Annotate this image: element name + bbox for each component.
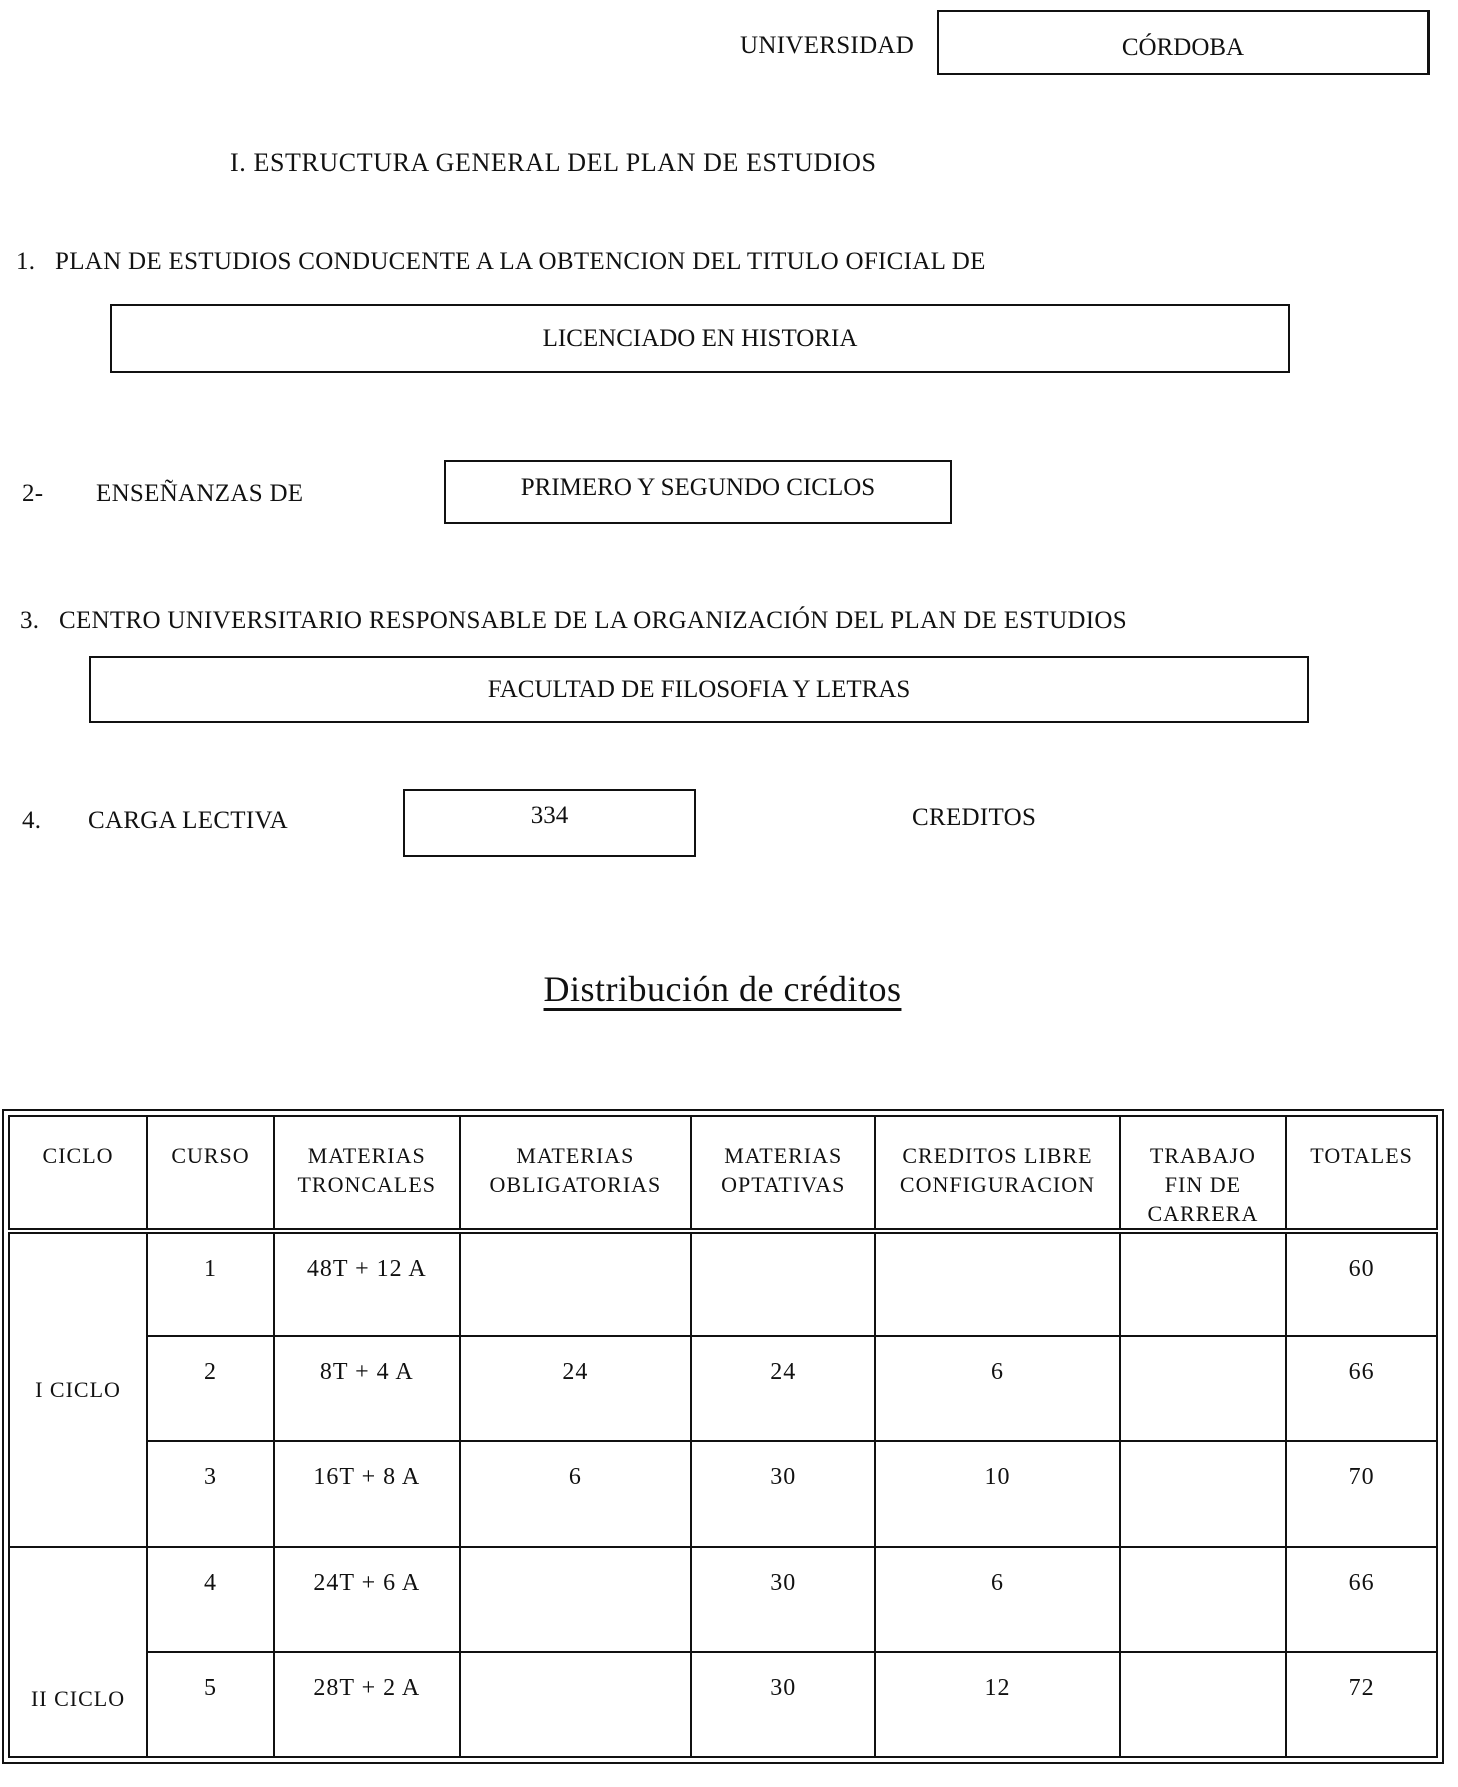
obligatorias-cell [460, 1547, 692, 1652]
troncales-cell: 8T + 4 A [274, 1336, 460, 1441]
troncales-cell: 16T + 8 A [274, 1441, 460, 1546]
troncales-cell: 24T + 6 A [274, 1547, 460, 1652]
totales-cell: 66 [1286, 1547, 1437, 1652]
plan-label: 1. PLAN DE ESTUDIOS CONDUCENTE A LA OBTE… [16, 248, 986, 276]
creditos-unit: CREDITOS [912, 804, 1036, 832]
distribution-title-text: Distribución de créditos [544, 969, 902, 1009]
column-header: MATERIASTRONCALES [274, 1116, 460, 1231]
trabajo-cell [1120, 1336, 1287, 1441]
totales-cell: 72 [1286, 1652, 1437, 1757]
obligatorias-cell: 24 [460, 1336, 692, 1441]
table-row: I CICLO148T + 12 A60 [9, 1231, 1437, 1336]
optativas-cell: 30 [691, 1441, 875, 1546]
ciclo-cell: II CICLO [9, 1547, 147, 1757]
column-header: TRABAJOFIN DECARRERA [1120, 1116, 1287, 1231]
ensenanzas-value: PRIMERO Y SEGUNDO CICLOS [521, 474, 875, 502]
table-row: 28T + 4 A2424666 [9, 1336, 1437, 1441]
column-header: MATERIASOPTATIVAS [691, 1116, 875, 1231]
universidad-field: CÓRDOBA [937, 10, 1430, 75]
table-header-row: CICLOCURSOMATERIASTRONCALESMATERIASOBLIG… [9, 1116, 1437, 1231]
libre-cell: 10 [875, 1441, 1119, 1546]
centro-label: 3. CENTRO UNIVERSITARIO RESPONSABLE DE L… [20, 607, 1127, 635]
obligatorias-cell: 6 [460, 1441, 692, 1546]
trabajo-cell [1120, 1652, 1287, 1757]
trabajo-cell [1120, 1231, 1287, 1336]
obligatorias-cell [460, 1652, 692, 1757]
section-title: I. ESTRUCTURA GENERAL DEL PLAN DE ESTUDI… [230, 148, 877, 178]
curso-cell: 1 [147, 1231, 274, 1336]
carga-label: CARGA LECTIVA [88, 807, 288, 835]
troncales-cell: 48T + 12 A [274, 1231, 460, 1336]
column-header: TOTALES [1286, 1116, 1437, 1231]
curso-cell: 3 [147, 1441, 274, 1546]
totales-cell: 66 [1286, 1336, 1437, 1441]
titulo-value: LICENCIADO EN HISTORIA [543, 325, 858, 353]
libre-cell: 6 [875, 1336, 1119, 1441]
distribution-title: Distribución de créditos [0, 968, 1445, 1010]
table-row: 528T + 2 A301272 [9, 1652, 1437, 1757]
curso-cell: 5 [147, 1652, 274, 1757]
column-header: CICLO [9, 1116, 147, 1231]
trabajo-cell [1120, 1441, 1287, 1546]
centro-field: FACULTAD DE FILOSOFIA Y LETRAS [89, 656, 1309, 723]
libre-cell: 12 [875, 1652, 1119, 1757]
optativas-cell [691, 1231, 875, 1336]
libre-cell: 6 [875, 1547, 1119, 1652]
ciclo-cell: I CICLO [9, 1231, 147, 1547]
table-row: II CICLO424T + 6 A30666 [9, 1547, 1437, 1652]
table-body: I CICLO148T + 12 A6028T + 4 A2424666316T… [9, 1231, 1437, 1757]
titulo-field: LICENCIADO EN HISTORIA [110, 304, 1290, 373]
column-header: CURSO [147, 1116, 274, 1231]
curso-cell: 2 [147, 1336, 274, 1441]
table-row: 316T + 8 A6301070 [9, 1441, 1437, 1546]
carga-field: 334 [403, 789, 696, 857]
universidad-value: CÓRDOBA [1122, 34, 1244, 62]
totales-cell: 70 [1286, 1441, 1437, 1546]
optativas-cell: 30 [691, 1652, 875, 1757]
column-header: MATERIASOBLIGATORIAS [460, 1116, 692, 1231]
universidad-label: UNIVERSIDAD [740, 32, 914, 60]
ensenanzas-label: ENSEÑANZAS DE [96, 480, 303, 508]
curso-cell: 4 [147, 1547, 274, 1652]
column-header: CREDITOS LIBRECONFIGURACION [875, 1116, 1119, 1231]
carga-number: 4. [22, 807, 41, 835]
distribution-table: CICLOCURSOMATERIASTRONCALESMATERIASOBLIG… [8, 1115, 1438, 1758]
centro-value: FACULTAD DE FILOSOFIA Y LETRAS [488, 676, 911, 704]
optativas-cell: 24 [691, 1336, 875, 1441]
carga-value: 334 [531, 802, 569, 830]
troncales-cell: 28T + 2 A [274, 1652, 460, 1757]
ensenanzas-number: 2- [22, 480, 43, 508]
libre-cell [875, 1231, 1119, 1336]
totales-cell: 60 [1286, 1231, 1437, 1336]
distribution-table-frame: CICLOCURSOMATERIASTRONCALESMATERIASOBLIG… [2, 1109, 1444, 1764]
optativas-cell: 30 [691, 1547, 875, 1652]
trabajo-cell [1120, 1547, 1287, 1652]
ensenanzas-field: PRIMERO Y SEGUNDO CICLOS [444, 460, 952, 524]
obligatorias-cell [460, 1231, 692, 1336]
